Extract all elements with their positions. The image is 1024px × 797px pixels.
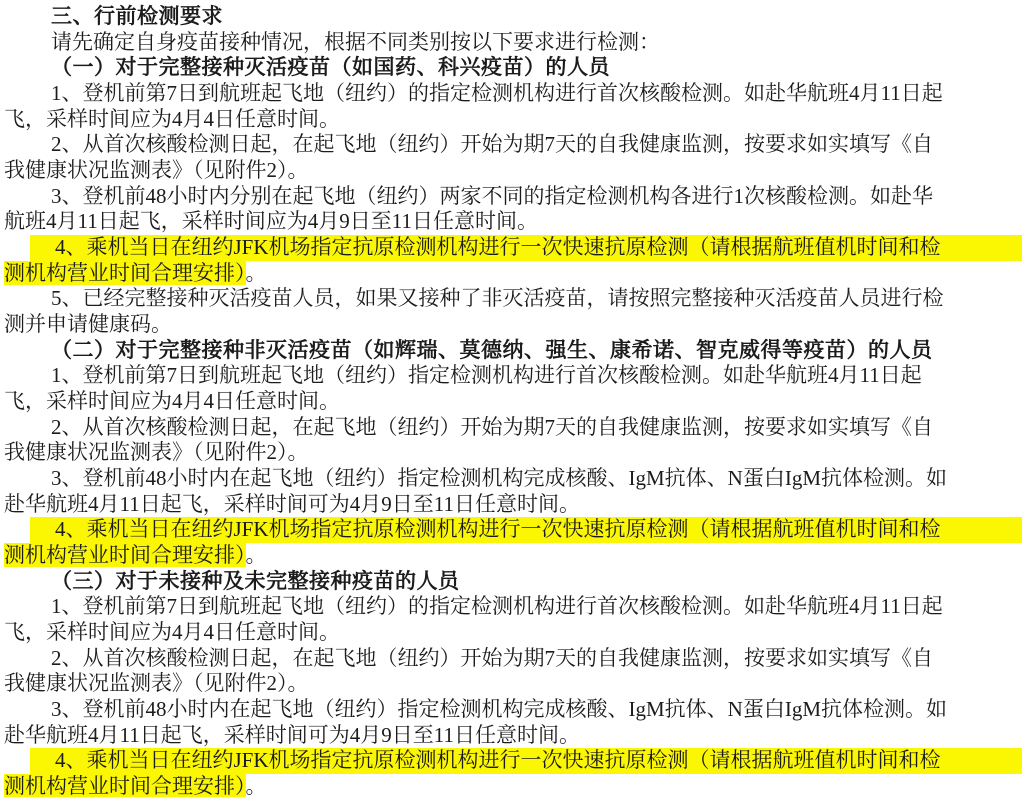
line-text: （三）对于未接种及未完整接种疫苗的人员	[51, 570, 460, 593]
text-line: 3、登机前48小时内在起飞地（纽约）指定检测机构完成核酸、IgM抗体、N蛋白Ig…	[4, 466, 1022, 492]
line-text: 我健康状况监测表》（见附件2）。	[4, 158, 309, 182]
text-line: 我健康状况监测表》（见附件2）。	[4, 671, 1022, 697]
highlighted-text-line: 测机构营业时间合理安排）。	[4, 261, 1022, 287]
line-text: 请先确定自身疫苗接种情况，根据不同类别按以下要求进行检测：	[51, 30, 660, 54]
line-text: 1、登机前第7日到航班起飞地（纽约）的指定检测机构进行首次核酸检测。如赴华航班4…	[51, 594, 943, 618]
line-text: 飞，采样时间应为4月4日任意时间。	[4, 107, 340, 131]
text-line: 5、已经完整接种灭活疫苗人员，如果又接种了非灭活疫苗，请按照完整接种灭活疫苗人员…	[4, 286, 1022, 312]
text-line: （一）对于完整接种灭活疫苗（如国药、科兴疫苗）的人员	[4, 55, 1022, 81]
text-line: 赴华航班4月11日起飞，采样时间可为4月9日至11日任意时间。	[4, 492, 1022, 518]
line-text: 5、已经完整接种灭活疫苗人员，如果又接种了非灭活疫苗，请按照完整接种灭活疫苗人员…	[51, 286, 944, 310]
line-text: 4、乘机当日在纽约JFK机场指定抗原检测机构进行一次快速抗原检测（请根据航班值机…	[55, 235, 941, 259]
text-line: 1、登机前第7日到航班起飞地（纽约）指定检测机构进行首次核酸检测。如赴华航班4月…	[4, 363, 1022, 389]
line-text: 赴华航班4月11日起飞，采样时间可为4月9日至11日任意时间。	[4, 723, 580, 747]
text-line: 三、行前检测要求	[4, 4, 1022, 30]
line-text: 飞，采样时间应为4月4日任意时间。	[4, 620, 340, 644]
line-text: 4、乘机当日在纽约JFK机场指定抗原检测机构进行一次快速抗原检测（请根据航班值机…	[55, 748, 941, 772]
text-line: 赴华航班4月11日起飞，采样时间可为4月9日至11日任意时间。	[4, 723, 1022, 749]
text-line: 请先确定自身疫苗接种情况，根据不同类别按以下要求进行检测：	[4, 30, 1022, 56]
text-line: 1、登机前第7日到航班起飞地（纽约）的指定检测机构进行首次核酸检测。如赴华航班4…	[4, 594, 1022, 620]
line-tail: 。	[246, 261, 267, 285]
highlighted-text-line: 测机构营业时间合理安排）。	[4, 543, 1022, 569]
line-text: 2、从首次核酸检测日起，在起飞地（纽约）开始为期7天的自我健康监测，按要求如实填…	[51, 415, 933, 439]
text-line: 飞，采样时间应为4月4日任意时间。	[4, 620, 1022, 646]
text-line: 2、从首次核酸检测日起，在起飞地（纽约）开始为期7天的自我健康监测，按要求如实填…	[4, 132, 1022, 158]
line-text: 测机构营业时间合理安排）	[4, 543, 246, 567]
line-text: 3、登机前48小时内分别在起飞地（纽约）两家不同的指定检测机构各进行1次核酸检测…	[51, 184, 933, 208]
text-line: 测并申请健康码。	[4, 312, 1022, 338]
line-text: 3、登机前48小时内在起飞地（纽约）指定检测机构完成核酸、IgM抗体、N蛋白Ig…	[51, 697, 947, 721]
text-line: 我健康状况监测表》（见附件2）。	[4, 158, 1022, 184]
text-line: 3、登机前48小时内分别在起飞地（纽约）两家不同的指定检测机构各进行1次核酸检测…	[4, 184, 1022, 210]
line-text: 测机构营业时间合理安排）	[4, 774, 246, 797]
line-text: 测机构营业时间合理安排）	[4, 261, 246, 285]
highlighted-text-line: 4、乘机当日在纽约JFK机场指定抗原检测机构进行一次快速抗原检测（请根据航班值机…	[30, 235, 1022, 261]
highlighted-text-line: 4、乘机当日在纽约JFK机场指定抗原检测机构进行一次快速抗原检测（请根据航班值机…	[30, 748, 1022, 774]
highlighted-text-line: 4、乘机当日在纽约JFK机场指定抗原检测机构进行一次快速抗原检测（请根据航班值机…	[30, 517, 1022, 543]
text-line: 飞，采样时间应为4月4日任意时间。	[4, 107, 1022, 133]
text-line: 1、登机前第7日到航班起飞地（纽约）的指定检测机构进行首次核酸检测。如赴华航班4…	[4, 81, 1022, 107]
line-text: 测并申请健康码。	[4, 312, 172, 336]
line-text: 4、乘机当日在纽约JFK机场指定抗原检测机构进行一次快速抗原检测（请根据航班值机…	[55, 517, 941, 541]
text-line: 3、登机前48小时内在起飞地（纽约）指定检测机构完成核酸、IgM抗体、N蛋白Ig…	[4, 697, 1022, 723]
line-text: 飞，采样时间应为4月4日任意时间。	[4, 389, 340, 413]
line-text: 我健康状况监测表》（见附件2）。	[4, 671, 309, 695]
line-tail: 。	[246, 543, 267, 567]
line-text: 我健康状况监测表》（见附件2）。	[4, 440, 309, 464]
line-tail: 。	[246, 774, 267, 797]
highlighted-text-line: 测机构营业时间合理安排）。	[4, 774, 1022, 797]
text-line: 2、从首次核酸检测日起，在起飞地（纽约）开始为期7天的自我健康监测，按要求如实填…	[4, 415, 1022, 441]
text-line: 2、从首次核酸检测日起，在起飞地（纽约）开始为期7天的自我健康监测，按要求如实填…	[4, 646, 1022, 672]
text-line: 航班4月11日起飞，采样时间应为4月9日至11日任意时间。	[4, 209, 1022, 235]
line-text: 1、登机前第7日到航班起飞地（纽约）指定检测机构进行首次核酸检测。如赴华航班4月…	[51, 363, 922, 387]
line-text: 航班4月11日起飞，采样时间应为4月9日至11日任意时间。	[4, 209, 538, 233]
line-text: 2、从首次核酸检测日起，在起飞地（纽约）开始为期7天的自我健康监测，按要求如实填…	[51, 132, 933, 156]
line-text: （二）对于完整接种非灭活疫苗（如辉瑞、莫德纳、强生、康希诺、智克威得等疫苗）的人…	[51, 339, 933, 362]
line-text: 1、登机前第7日到航班起飞地（纽约）的指定检测机构进行首次核酸检测。如赴华航班4…	[51, 81, 943, 105]
text-line: 飞，采样时间应为4月4日任意时间。	[4, 389, 1022, 415]
line-text: 3、登机前48小时内在起飞地（纽约）指定检测机构完成核酸、IgM抗体、N蛋白Ig…	[51, 466, 947, 490]
text-line: （二）对于完整接种非灭活疫苗（如辉瑞、莫德纳、强生、康希诺、智克威得等疫苗）的人…	[4, 338, 1022, 364]
line-text: 2、从首次核酸检测日起，在起飞地（纽约）开始为期7天的自我健康监测，按要求如实填…	[51, 646, 933, 670]
line-text: 三、行前检测要求	[51, 5, 223, 28]
document-body: 三、行前检测要求请先确定自身疫苗接种情况，根据不同类别按以下要求进行检测：（一）…	[0, 0, 1024, 797]
text-line: 我健康状况监测表》（见附件2）。	[4, 440, 1022, 466]
line-text: （一）对于完整接种灭活疫苗（如国药、科兴疫苗）的人员	[51, 56, 610, 79]
text-line: （三）对于未接种及未完整接种疫苗的人员	[4, 569, 1022, 595]
line-text: 赴华航班4月11日起飞，采样时间可为4月9日至11日任意时间。	[4, 492, 580, 516]
